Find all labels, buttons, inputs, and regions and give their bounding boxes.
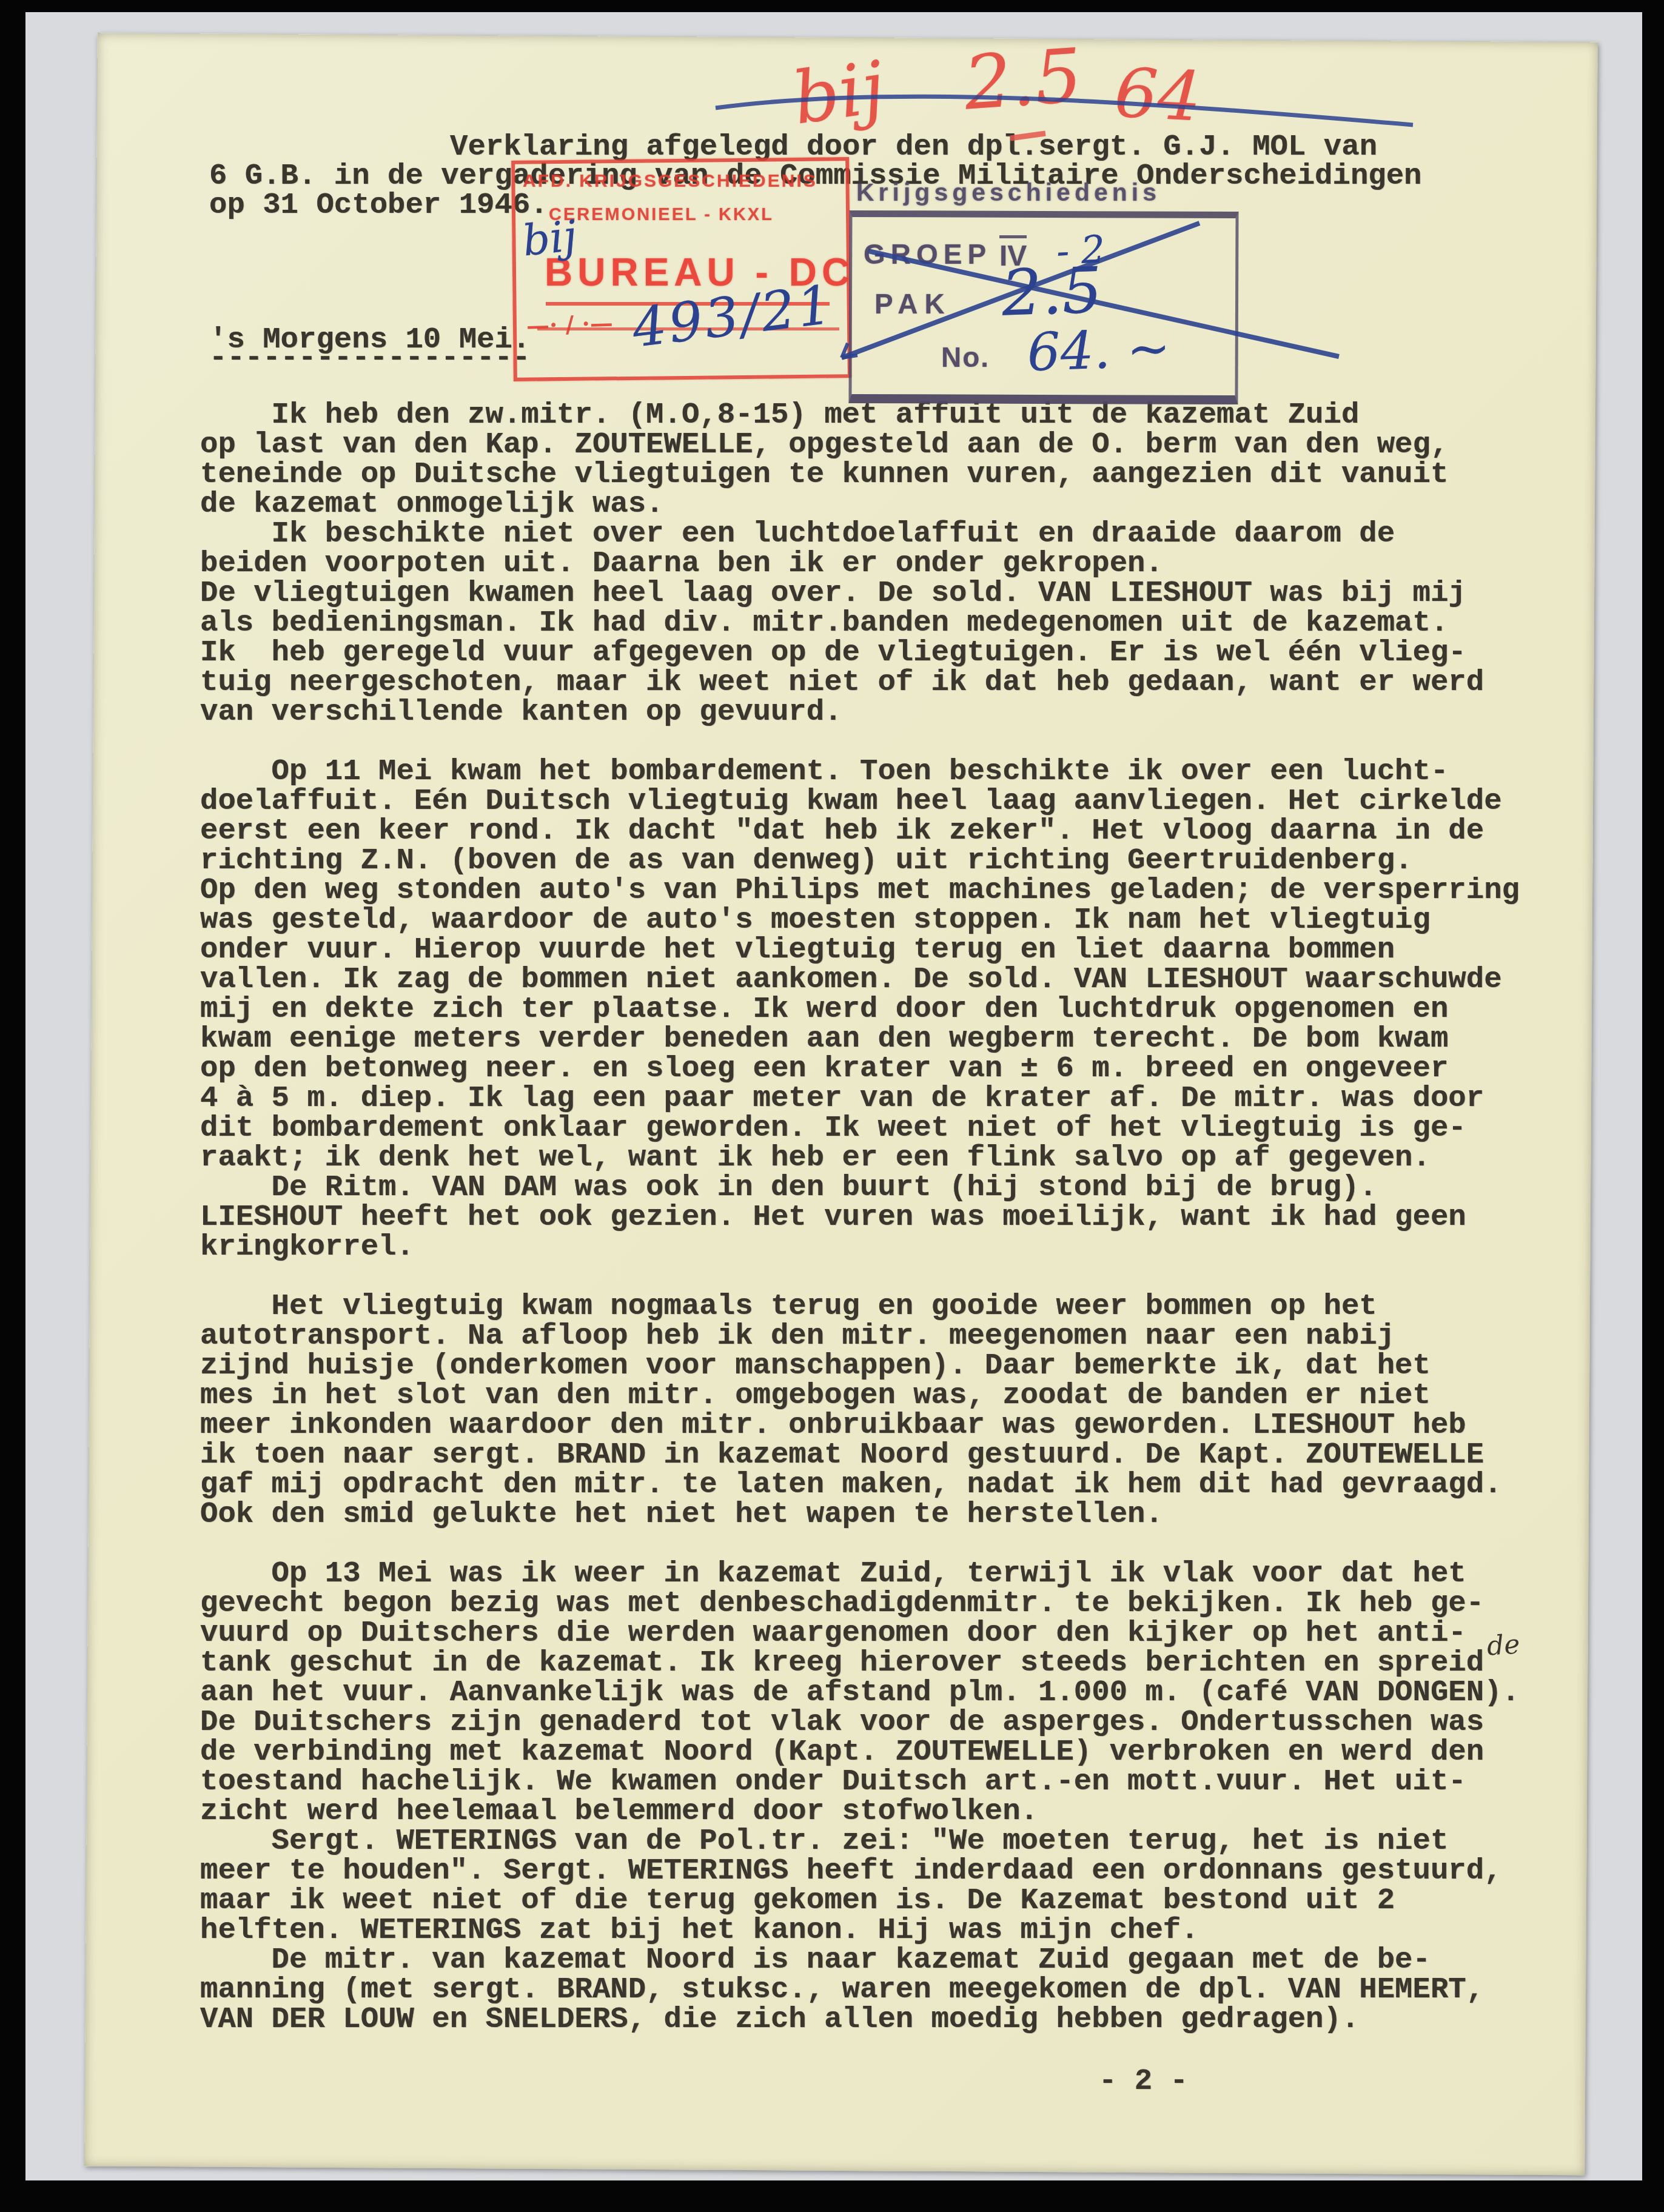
typed-line: Het vliegtuig kwam nogmaals terug en goo…: [200, 1292, 1377, 1321]
typed-line: als bedieningsman. Ik had div. mitr.band…: [200, 608, 1448, 638]
typed-line: gevecht begon bezig was met denbeschadig…: [200, 1589, 1484, 1618]
typed-line: kwam eenige meters verder beneden aan de…: [200, 1024, 1448, 1054]
typed-line: mes in het slot van den mitr. omgebogen …: [200, 1381, 1431, 1410]
handwritten-25-top: 2.5: [961, 32, 1084, 126]
typed-line: autotransport. Na afloop heb ik den mitr…: [200, 1321, 1395, 1351]
typed-line: Verklaring afgelegd door den dpl.sergt. …: [450, 132, 1377, 162]
typed-line: Ook den smid gelukte het niet het wapen …: [200, 1500, 1163, 1529]
typed-line: tuig neergeschoten, maar ik weet niet of…: [200, 668, 1484, 697]
typed-line: Op 13 Mei was ik weer in kazemat Zuid, t…: [200, 1559, 1466, 1589]
red-stamp-line2: CEREMONIEEL - KKXL: [549, 205, 774, 225]
typed-line: ik toen naar sergt. BRAND in kazemat Noo…: [200, 1440, 1484, 1470]
handwritten-bij-top: bij: [788, 45, 890, 141]
typed-line: vallen. Ik zag de bommen niet aankomen. …: [200, 965, 1502, 994]
typed-line: op 31 October 1946.: [209, 190, 548, 220]
typed-line: eerst een keer rond. Ik dacht "dat heb i…: [200, 816, 1484, 846]
typed-line: maar ik weet niet of die terug gekomen i…: [200, 1886, 1395, 1915]
typed-line: De vliegtuigen kwamen heel laag over. De…: [200, 578, 1466, 608]
typed-line: Sergt. WETERINGS van de Pol.tr. zei: "We…: [200, 1826, 1448, 1856]
typed-line: raakt; ik denk het wel, want ik heb er e…: [200, 1143, 1431, 1173]
typed-line: meer te houden". Sergt. WETERINGS heeft …: [200, 1856, 1502, 1886]
purple-stamp-title: Krijgsgeschiedenis: [856, 178, 1161, 207]
typed-line: op last van den Kap. ZOUTEWELLE, opgeste…: [200, 430, 1448, 460]
typed-line: ------------------: [209, 343, 530, 373]
typed-line: tank geschut in de kazemat. Ik kreeg hie…: [200, 1648, 1484, 1678]
typed-line: dit bombardement onklaar geworden. Ik we…: [200, 1113, 1466, 1143]
typed-line: richting Z.N. (boven de as van denweg) u…: [200, 846, 1413, 876]
typed-line: Ik heb den zw.mitr. (M.O,8-15) met affui…: [200, 400, 1359, 430]
typed-line: van verschillende kanten op gevuurd.: [200, 697, 842, 727]
typed-line: 4 à 5 m. diep. Ik lag een paar meter van…: [200, 1084, 1484, 1113]
handwritten-no-value: 64. ~: [1026, 318, 1172, 383]
typed-line: Ik heb geregeld vuur afgegeven op de vli…: [200, 638, 1466, 668]
typed-line: teneinde op Duitsche vliegtuigen te kunn…: [200, 460, 1448, 489]
typed-line: helften. WETERINGS zat bij het kanon. Hi…: [200, 1915, 1199, 1945]
typed-line: Op 11 Mei kwam het bombardement. Toen be…: [200, 757, 1448, 786]
handwritten-pak-value: 2.5: [1001, 253, 1104, 330]
typed-line: aan het vuur. Aanvankelijk was de afstan…: [200, 1678, 1520, 1708]
typed-line: De Duitschers zijn genaderd tot vlak voo…: [200, 1708, 1484, 1737]
typed-line: zijnd huisje (onderkomen voor manschappe…: [200, 1351, 1431, 1381]
handwritten-64-top: 64: [1113, 53, 1203, 136]
typed-line: vuurd op Duitschers die werden waargenom…: [200, 1618, 1466, 1648]
scan-frame: Verklaring afgelegd door den dpl.sergt. …: [0, 0, 1664, 2212]
typed-line: zicht werd heelemaal belemmerd door stof…: [200, 1797, 1038, 1826]
typed-line: De Ritm. VAN DAM was ook in den buurt (h…: [200, 1173, 1377, 1202]
typed-line: VAN DER LOUW en SNELDERS, die zich allen…: [200, 2005, 1359, 2034]
handwritten-de-correction: de: [1486, 1629, 1521, 1662]
typed-line: beiden voorpoten uit. Daarna ben ik er o…: [200, 549, 1163, 578]
typed-line: Op den weg stonden auto's van Philips me…: [200, 876, 1520, 905]
purple-stamp-groep-label: GROEP: [864, 238, 991, 270]
red-stamp-line1: AFD. KRIJGSGESCHIEDENIS: [523, 171, 817, 192]
typed-line: was gesteld, waardoor de auto's moesten …: [200, 905, 1431, 935]
red-stamp-marks: —· / ·—: [526, 309, 613, 340]
typed-line: toestand hachelijk. We kwamen onder Duit…: [200, 1767, 1466, 1797]
typed-line: doelaffuit. Eén Duitsch vliegtuig kwam h…: [200, 786, 1502, 816]
typed-line: - 2 -: [1099, 2066, 1188, 2096]
typed-line: meer inkonden waardoor den mitr. onbruik…: [200, 1410, 1466, 1440]
typed-line: gaf mij opdracht den mitr. te laten make…: [200, 1470, 1502, 1500]
typed-line: LIESHOUT heeft het ook gezien. Het vuren…: [200, 1202, 1466, 1232]
typed-line: op den betonweg neer. en sloeg een krate…: [200, 1054, 1448, 1084]
typed-line: manning (met sergt. BRAND, stuksc., ware…: [200, 1975, 1484, 2005]
typed-line: kringkorrel.: [200, 1232, 414, 1262]
handwritten-bij-stamp: bij: [520, 211, 579, 266]
purple-stamp-pak-label: PAK: [874, 287, 951, 320]
typed-line: Ik beschikte niet over een luchtdoelaffu…: [200, 519, 1395, 549]
typed-line: onder vuur. Hierop vuurde het vliegtuig …: [200, 935, 1395, 965]
typed-line: de kazemat onmogelijk was.: [200, 489, 664, 519]
typed-line: de verbinding met kazemat Noord (Kapt. Z…: [200, 1737, 1484, 1767]
purple-stamp-no-label: No.: [941, 341, 990, 374]
typed-line: De mitr. van kazemat Noord is naar kazem…: [200, 1945, 1431, 1975]
typed-line: mij en dekte zich ter plaatse. Ik werd d…: [200, 994, 1448, 1024]
